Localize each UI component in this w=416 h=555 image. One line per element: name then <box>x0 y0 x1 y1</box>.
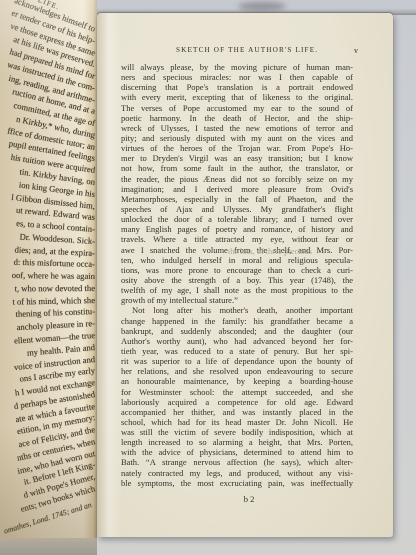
text-line: virtues of the heroes of the Trojan war.… <box>121 143 353 153</box>
text-line: The verses of Pope accustomed my ear to … <box>121 103 353 113</box>
text-line: imagination; and I derived more pleasure… <box>121 184 353 194</box>
ink-showthrough-text: the loss, of three precious <box>228 247 312 256</box>
text-line: accompanied her thither, and was instant… <box>121 407 353 417</box>
text-line: nately contracted my legs, and produced,… <box>121 468 353 478</box>
text-line: unlocked the door of a tolerable library… <box>121 214 353 224</box>
text-line: many English pages of poetry and romance… <box>121 224 353 234</box>
text-line: change happened in the family: his grand… <box>121 316 353 326</box>
text-line: length increased to so alarming a height… <box>121 437 353 447</box>
left-page-text: acknowledges himself toer tender care of… <box>0 0 97 541</box>
running-head-row: SKETCH OF THE AUTHOR'S LIFE. v <box>121 46 353 57</box>
text-line: with the advice of physicians, determine… <box>121 447 353 457</box>
left-page: R'S LIFE. acknowledges himself toer tend… <box>0 0 97 541</box>
text-line: ners and specious miracles: nor was I th… <box>121 72 353 82</box>
text-line: growth of my intellectual stature.” <box>121 295 353 305</box>
text-line: Bath. “A strange nervous affection (he s… <box>121 457 353 467</box>
text-line: rit was superior to a life of dependance… <box>121 356 353 366</box>
text-line: pity; and seriously disputed with my aun… <box>121 133 353 143</box>
page-edge-shadow <box>238 2 286 11</box>
text-line: with every merit, excepting that of like… <box>121 92 353 102</box>
left-text-line-fragment: oof, where he was again <box>0 270 95 281</box>
text-line: tieth year, was reduced to a state of pe… <box>121 346 353 356</box>
text-line: her relations, and she resolved upon end… <box>121 366 353 376</box>
text-line: ble symptoms, the most excruciating pain… <box>121 478 353 488</box>
bottom-left-page-edge <box>0 538 97 555</box>
signature-mark: b 2 <box>121 494 353 504</box>
left-text-line-fragment: t, who now devoted the <box>0 284 95 294</box>
text-line: laboriously acquired a competence for ol… <box>121 397 353 407</box>
running-head: SKETCH OF THE AUTHOR'S LIFE. <box>176 46 318 54</box>
text-line: an honourable maintenance, by keeping a … <box>121 376 353 386</box>
text-line: poetic harmony. In the death of Hector, … <box>121 113 353 123</box>
text-line: mer to Dryden's Virgil was an easy trans… <box>121 153 353 163</box>
text-line: wreck of Ulysses, I tasted the new emoti… <box>121 123 353 133</box>
left-text-line-fragment: d: this misfortune occa- <box>0 256 95 270</box>
text-line: tions, was more prone to encourage than … <box>121 265 353 275</box>
text-line: the reader, the pious Æneas did not so f… <box>121 174 353 184</box>
text-line: twelfth of my age, I shall note as the m… <box>121 285 353 295</box>
text-line: speeches of Ajax and Ulysses. My grandfa… <box>121 204 353 214</box>
text-line: discerning that Pope's translation is a … <box>121 82 353 92</box>
right-page: SKETCH OF THE AUTHOR'S LIFE. v will alwa… <box>97 13 393 537</box>
page-number: v <box>354 46 358 55</box>
book-photograph: R'S LIFE. acknowledges himself toer tend… <box>0 0 416 555</box>
text-line: Not long after his mother's death, anoth… <box>121 305 353 315</box>
text-line: Author's worthy aunt), who had advanced … <box>121 336 353 346</box>
main-text-column: will always please, by the moving pictur… <box>121 62 353 488</box>
text-line: for Westminster school: the attempt succ… <box>121 387 353 397</box>
text-line: was still the victim of severe bodily in… <box>121 427 353 437</box>
text-line: ten, who indulged herself in moral and r… <box>121 255 353 265</box>
text-line: Metamorphoses, especially in the fall of… <box>121 194 353 204</box>
text-line: osity above the strength of a boy. This … <box>121 275 353 285</box>
text-line: not how, from some fault in the author, … <box>121 163 353 173</box>
text-line: travels. Where a title attracted my eye,… <box>121 234 353 244</box>
text-line: bankrupt, and suddenly absconded; and th… <box>121 326 353 336</box>
text-line: school, which had for its head master Dr… <box>121 417 353 427</box>
text-line: will always please, by the moving pictur… <box>121 62 353 72</box>
